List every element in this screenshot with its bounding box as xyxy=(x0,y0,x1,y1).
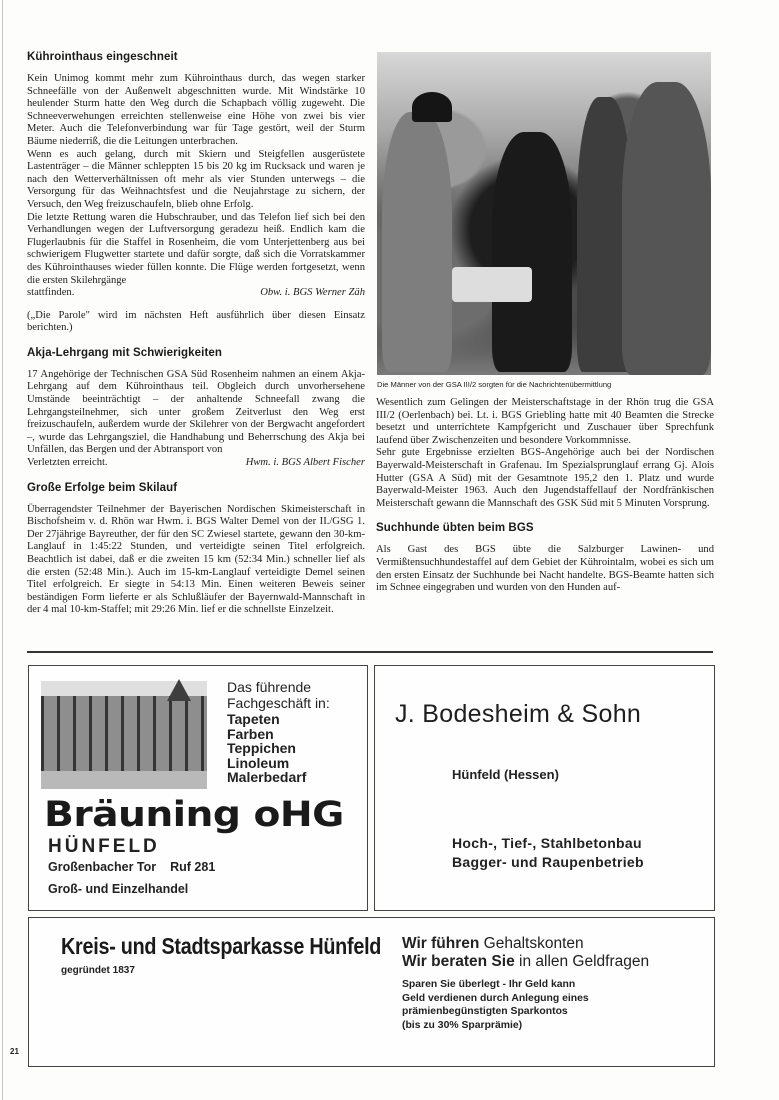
product-item: Teppichen xyxy=(227,741,306,756)
company-address: Großenbacher TorRuf 281 xyxy=(48,860,215,874)
news-photo xyxy=(377,52,711,375)
service-item: Bagger- und Raupenbetrieb xyxy=(452,853,644,872)
horizontal-rule xyxy=(27,651,713,653)
signature-line: Verletzten erreicht. Hwm. i. BGS Albert … xyxy=(27,457,365,470)
photo-figure xyxy=(622,82,711,375)
building-tower xyxy=(167,679,191,701)
slogan: Wir führen Gehaltskonten xyxy=(402,935,649,953)
slogan-rest: Gehaltskonten xyxy=(479,935,583,952)
paragraph: 17 Angehörige der Technischen GSA Süd Ro… xyxy=(27,369,365,457)
body-line: prämienbegünstigten Sparkontos xyxy=(402,1005,589,1019)
body-line: (bis zu 30% Sparprämie) xyxy=(402,1019,589,1033)
product-item: Linoleum xyxy=(227,756,306,771)
slogans: Wir führen Gehaltskonten Wir beraten Sie… xyxy=(402,935,649,971)
body-line: Geld verdienen durch Anlegung eines xyxy=(402,992,589,1006)
product-item: Tapeten xyxy=(227,712,306,727)
service-item: Hoch-, Tief-, Stahlbetonbau xyxy=(452,834,644,853)
intro-line: Fachgeschäft in: xyxy=(227,696,330,712)
product-list: Tapeten Farben Teppichen Linoleum Malerb… xyxy=(227,712,306,785)
page-number: 21 xyxy=(10,1047,19,1056)
company-name: J. Bodesheim & Sohn xyxy=(395,700,641,729)
ad-bodesheim: J. Bodesheim & Sohn Hünfeld (Hessen) Hoc… xyxy=(374,665,715,911)
editor-note: („Die Parole" wird im nächsten Heft ausf… xyxy=(27,310,365,335)
right-column: Wesentlich zum Gelingen der Meisterschaf… xyxy=(376,397,714,595)
paragraph: Sehr gute Ergebnisse erzielten BGS-Angeh… xyxy=(376,447,714,510)
paragraph: Die letzte Rettung waren die Hubschraube… xyxy=(27,212,365,288)
heading-suchhunde: Suchhunde übten beim BGS xyxy=(376,521,714,535)
last-line: Verletzten erreicht. xyxy=(27,457,108,470)
bank-name: Kreis- und Stadtsparkasse Hünfeld xyxy=(61,933,381,960)
last-line: stattfinden. xyxy=(27,287,74,300)
ad-brauning: Das führende Fachgeschäft in: Tapeten Fa… xyxy=(28,665,368,911)
company-city: HÜNFELD xyxy=(48,836,160,858)
body-line: Sparen Sie überlegt - Ihr Geld kann xyxy=(402,978,589,992)
product-item: Malerbedarf xyxy=(227,770,306,785)
slogan-bold: Wir führen xyxy=(402,935,479,952)
intro-line: Das führende xyxy=(227,680,330,696)
ad-body: Sparen Sie überlegt - Ihr Geld kann Geld… xyxy=(402,978,589,1032)
heading-akja: Akja-Lehrgang mit Schwierigkeiten xyxy=(27,346,365,360)
paragraph: Überragendster Teilnehmer der Bayerische… xyxy=(27,504,365,617)
page-edge-line xyxy=(2,0,3,1100)
paragraph: Als Gast des BGS übte die Salzburger Law… xyxy=(376,544,714,594)
signature-line: stattfinden. Obw. i. BGS Werner Zäh xyxy=(27,287,365,300)
street-address: Großenbacher Tor xyxy=(48,860,156,874)
ad-sparkasse: Kreis- und Stadtsparkasse Hünfeld gegrün… xyxy=(28,917,715,1067)
author-signature: Hwm. i. BGS Albert Fischer xyxy=(246,457,365,470)
slogan-rest: in allen Geldfragen xyxy=(515,953,649,970)
paragraph: Kein Unimog kommt mehr zum Kührointhaus … xyxy=(27,73,365,149)
slogan-bold: Wir beraten Sie xyxy=(402,953,515,970)
building-photo xyxy=(41,681,207,789)
left-column: Kührointhaus eingeschneit Kein Unimog ko… xyxy=(27,50,365,617)
paragraph: Wenn es auch gelang, durch mit Skiern un… xyxy=(27,149,365,212)
author-signature: Obw. i. BGS Werner Zäh xyxy=(260,287,365,300)
photo-figure xyxy=(492,132,572,372)
photo-caption: Die Männer von der GSA III/2 sorgten für… xyxy=(377,380,717,389)
company-city: Hünfeld (Hessen) xyxy=(452,767,559,782)
product-item: Farben xyxy=(227,727,306,742)
heading-skilauf: Große Erfolge beim Skilauf xyxy=(27,481,365,495)
founded-year: gegründet 1837 xyxy=(61,965,135,976)
services-list: Hoch-, Tief-, Stahlbetonbau Bagger- und … xyxy=(452,834,644,872)
ad-intro: Das führende Fachgeschäft in: xyxy=(227,680,330,711)
trade-type: Groß- und Einzelhandel xyxy=(48,882,188,896)
paragraph: Wesentlich zum Gelingen der Meisterschaf… xyxy=(376,397,714,447)
heading-kuehrointhaus: Kührointhaus eingeschneit xyxy=(27,50,365,64)
photo-figure xyxy=(452,267,532,302)
photo-figure xyxy=(382,112,452,372)
photo-figure xyxy=(412,92,452,122)
company-name: Bräuning oHG xyxy=(44,796,344,834)
phone-number: Ruf 281 xyxy=(170,860,215,874)
slogan: Wir beraten Sie in allen Geldfragen xyxy=(402,953,649,971)
